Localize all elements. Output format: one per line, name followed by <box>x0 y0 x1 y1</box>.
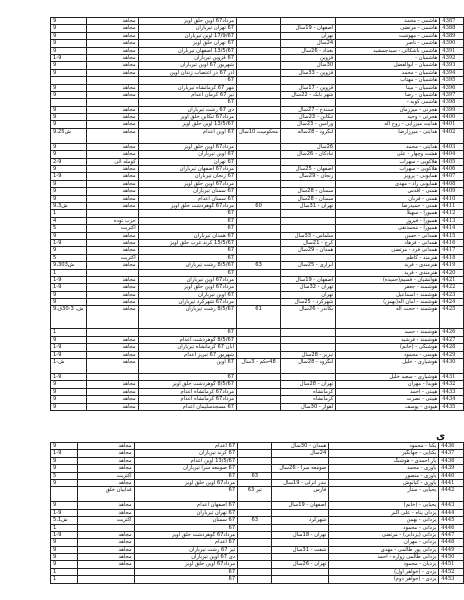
record-id: 4450 <box>439 554 464 561</box>
sentence <box>237 232 281 239</box>
sentence <box>238 524 272 531</box>
table-row: 4419هنرمندی - فریدابراری - 25سال638/5/67… <box>51 262 464 269</box>
person-name: هنرمندی - فرید <box>336 269 440 276</box>
execution-details: 67 <box>138 247 236 254</box>
birthplace-age: ابراری - 25سال <box>281 262 336 269</box>
table-row: 4394هاشمیان - محمدقزوین - 33سالآذر 67 در… <box>51 69 464 76</box>
table-row: 4444یزدان پناه - علی اکبر67 تهران تیربار… <box>51 509 464 516</box>
person-name: یزدی - (خواهر اول) <box>329 568 439 575</box>
organization: اکثریت <box>77 517 134 524</box>
code: 1 <box>51 568 78 575</box>
code: 9 <box>51 69 87 76</box>
code: 5 <box>51 225 87 232</box>
birthplace-age: تهران - 18سال <box>272 531 329 538</box>
birthplace-age: تهران - 28سال <box>281 381 336 388</box>
person-name: هجرتی - میرزمان <box>336 106 440 113</box>
sentence: محکومیت 10سال <box>237 128 281 143</box>
birthplace-age: صومعه سرا - 26سال <box>272 465 329 472</box>
birthplace-age: کرمانشاه <box>281 388 336 395</box>
execution-details: مرداد67 اوین تیرباران <box>138 276 236 283</box>
person-name: هوشمند - امان اله(بهمن) <box>336 299 440 306</box>
person-name: هوشمند - اسماعیل <box>336 291 440 298</box>
organization: مجاهد <box>86 91 138 98</box>
person-name: یزدانی طالمی زواره - احمد <box>329 554 439 561</box>
sentence <box>237 299 281 306</box>
person-name: هاشمیان - ابوالفضل <box>336 62 440 69</box>
execution-details: دی 67 رشت تیرباران <box>138 106 236 113</box>
execution-details: 67 <box>134 472 237 479</box>
organization: اکثریت <box>77 472 134 479</box>
code: 9،ش3 <box>51 202 87 209</box>
organization <box>86 374 138 381</box>
sentence: 63 <box>238 472 272 479</box>
sentence <box>237 99 281 106</box>
record-id: 4440 <box>439 472 464 479</box>
organization: مجاهد <box>77 509 134 516</box>
sentence: 61 <box>237 306 281 329</box>
code: 9 <box>51 114 87 121</box>
execution-details: 67 اوین اعدام <box>138 128 236 143</box>
code: 9 <box>51 18 87 25</box>
organization: مجاهد <box>86 239 138 246</box>
person-name: هوشمند - حجت اله <box>336 306 440 329</box>
code: 9 <box>51 47 87 54</box>
organization: مجاهد <box>86 106 138 113</box>
person-name: هاشمی - محمد <box>336 18 440 25</box>
birthplace-age <box>281 329 336 336</box>
organization <box>77 568 134 575</box>
code <box>51 99 87 106</box>
birthplace-age <box>272 524 329 531</box>
person-name: همتی - حمیدرضا <box>336 202 440 209</box>
execution-details: 67 سمنان تیرباران <box>138 188 236 195</box>
execution-details: 67 <box>134 487 237 502</box>
person-name: همیورا - محمدتقی <box>336 225 440 232</box>
birthplace-age <box>272 568 329 575</box>
person-name: هدایت میرزایی - روح اله <box>336 121 440 128</box>
organization <box>86 210 138 217</box>
table-row: 4390هاشمی - ناصر24سال67 تهران حلق آویزمج… <box>51 40 464 47</box>
table-row: 4448یزدانی - مهران67 اعداممجاهد9 <box>51 539 464 546</box>
birthplace-age: ورامین - 23سال <box>281 121 336 128</box>
person-name: هیبتی - احمد <box>336 388 440 395</box>
birthplace-age: تهران - 26سال <box>272 561 329 568</box>
record-id: 4442 <box>439 487 464 502</box>
record-id: 4451 <box>439 561 464 568</box>
execution-details: مرداد67 اوین حلق آویز <box>134 479 237 486</box>
sentence <box>238 443 272 450</box>
sentence: 60 <box>237 202 281 209</box>
organization: مجاهد <box>86 403 138 410</box>
code: 1-9 <box>51 173 87 180</box>
record-id: 4453 <box>439 576 464 583</box>
birthplace-age: تنکابن - 23سال <box>281 114 336 121</box>
code: 9،ش25 <box>51 128 87 143</box>
sentence <box>237 54 281 61</box>
execution-details: 67 سمنان <box>134 517 237 524</box>
sentence <box>237 247 281 254</box>
record-id: 4405 <box>440 158 464 165</box>
birthplace-age: شفت - 31سال <box>272 546 329 553</box>
organization: فداییان خلق <box>77 487 134 502</box>
table-row: 4389هاشمی - مهوشتتهران17/9/67 اوین تیربا… <box>51 32 464 39</box>
birthplace-age: سلماس - 33سال <box>281 232 336 239</box>
table-row: 4411همتی - حمیدرضاتهران - 31سال60مرداد67… <box>51 202 464 209</box>
code: 9 <box>51 336 87 343</box>
record-id: 4413 <box>440 217 464 224</box>
organization: مجاهد <box>86 188 138 195</box>
execution-details: 67 <box>138 225 236 232</box>
sentence <box>237 284 281 291</box>
code: 9 <box>51 381 87 388</box>
record-id: 4426 <box>440 329 464 336</box>
person-name: هوشیاری - خلیل <box>336 359 440 374</box>
birthplace-age: 24سال <box>281 40 336 47</box>
organization: مجاهد <box>86 121 138 128</box>
execution-details: دی 67 اوین تیرباران <box>134 554 237 561</box>
execution-details: 67 تهران <box>138 158 236 165</box>
code: 9 <box>51 554 78 561</box>
organization: مجاهد <box>86 388 138 395</box>
record-id: 4425 <box>440 306 464 329</box>
person-name: یزدانی پور طالمی - مهدی <box>329 546 439 553</box>
person-name: یاوری - کیانوش <box>329 479 439 486</box>
organization: مجاهد <box>77 479 134 486</box>
sentence <box>238 457 272 464</box>
organization: مجاهد <box>86 166 138 173</box>
birthplace-age: 26سال <box>281 143 336 150</box>
birthplace-age <box>272 509 329 516</box>
table-row: 4403هدایتی - محمد26سالمرداد67 اوین حلق آ… <box>51 143 464 150</box>
birthplace-age <box>281 374 336 381</box>
table-row: 4430هوشیاری - خلیللنگرود - 28سال48حکم - … <box>51 359 464 374</box>
person-name: هلاکویی - سهراب <box>336 166 440 173</box>
record-id: 4428 <box>440 344 464 351</box>
organization: مجاهد <box>86 276 138 283</box>
sentence <box>237 217 281 224</box>
sentence <box>237 210 281 217</box>
person-name: یزدیان - محمود <box>329 561 439 568</box>
person-name: هوشمند - حمید <box>336 329 440 336</box>
record-id: 4452 <box>439 568 464 575</box>
organization <box>86 329 138 336</box>
table-row: 4392هاشمیان -قزوین67 قزوین تیربارانمجاهد… <box>51 54 464 61</box>
table-row: 4416همدانی - فرهادکرج - 21سال15/5/67 کرن… <box>51 239 464 246</box>
sentence: 48حکم - 3سال <box>237 359 281 374</box>
record-id: 4437 <box>439 450 464 457</box>
person-name: هویدا - مهران <box>336 381 440 388</box>
birthplace-age <box>281 269 336 276</box>
execution-details: 67 <box>138 210 236 217</box>
code: 4 <box>51 217 87 224</box>
table-row: 4413همیورا - فیروز67حزب توده4 <box>51 217 464 224</box>
execution-details: 67 <box>138 374 236 381</box>
table-row: 4437یکتایی - جهانگیر24سال67 کرند تیربارا… <box>51 450 464 457</box>
code: 9 <box>51 40 87 47</box>
birthplace-age: تبادکان - 26سال <box>281 151 336 158</box>
code: 9 <box>51 539 78 546</box>
code: 9 <box>51 443 78 450</box>
code: 9 <box>51 106 87 113</box>
code: 9 <box>51 91 87 98</box>
code: 1-9 <box>51 276 87 283</box>
sentence <box>238 465 272 472</box>
sentence <box>238 561 272 568</box>
sentence <box>237 388 281 395</box>
execution-details: 8/5/67 گوهردشت اعدام <box>138 336 236 343</box>
sentence <box>237 69 281 76</box>
record-id: 4388 <box>440 25 464 32</box>
person-name: هاشمیان - مینا <box>336 84 440 91</box>
record-id: 4411 <box>440 202 464 209</box>
person-name: هیودی - یوسف <box>336 403 440 410</box>
person-name: هنرمند - کاظم <box>336 254 440 261</box>
person-name: یزدانی - بهمن <box>329 517 439 524</box>
organization: مجاهد <box>86 344 138 351</box>
table-row: 4412همیورا - سهیلا671 <box>51 210 464 217</box>
execution-details: 67 زنجان تیرباران <box>138 173 236 180</box>
person-name: هاشمیان - <box>336 54 440 61</box>
record-id: 4431 <box>440 374 464 381</box>
sentence <box>237 396 281 403</box>
table-row: 4436یکتا - محمودهمدان - 30سال67 اعداممجا… <box>51 443 464 450</box>
table-row: 4431هوشیاری - سعید خلیل671-9 <box>51 374 464 381</box>
code: 1-9 <box>51 531 78 538</box>
code: 9 <box>51 166 87 173</box>
execution-details: تیر 67 رشت تیرباران <box>134 546 237 553</box>
person-name: همایونی - پرویز <box>336 173 440 180</box>
record-id: 4445 <box>439 517 464 524</box>
organization: مجاهد <box>86 84 138 91</box>
birthplace-age: تهران - 31سال <box>281 202 336 209</box>
organization: مجاهد <box>86 25 138 32</box>
person-name: یزدان پناه - علی اکبر <box>329 509 439 516</box>
code: 9 <box>51 188 87 195</box>
code: 1 <box>51 210 87 217</box>
record-id: 4410 <box>440 195 464 202</box>
record-id: 4432 <box>440 381 464 388</box>
table-row: 4406هلاکویی - سهراباصفهان - 25سالمرداد67… <box>51 166 464 173</box>
organization: مجاهد <box>86 62 138 69</box>
birthplace-age <box>281 254 336 261</box>
person-name: یزدی - (خواهر دوم) <box>329 576 439 583</box>
person-name: هیبتی - نصرت <box>336 396 440 403</box>
record-id: 4424 <box>440 299 464 306</box>
execution-details: 67 <box>138 254 236 261</box>
record-id: 4395 <box>440 77 464 84</box>
sentence <box>237 166 281 173</box>
execution-details: 13/5/67 اوین اعدام <box>134 457 237 464</box>
table-row: 4449یزدانی پور طالمی - مهدیشفت - 31سالتی… <box>51 546 464 553</box>
person-name: یاوری - محمد <box>329 465 439 472</box>
table-row: 4423هوشمند - اسماعیلتهران67 اوین تیربارا… <box>51 291 464 298</box>
table-row: 4447یزدانی (یزدانی) - مرتضیتهران - 18سال… <box>51 531 464 538</box>
table-row: 4422هوشمند - جعفرتهران - 32سالمرداد67 او… <box>51 284 464 291</box>
person-name: هاشمیان - محمد <box>336 69 440 76</box>
organization <box>86 77 138 84</box>
table-row: 4397هاشمیان - رضاشهر بابک - 22سالتیر 67 … <box>51 91 464 98</box>
code: 9 <box>51 457 78 464</box>
table-row: 4410همتی - قربانسمنان - 28سال67 سمنان اع… <box>51 195 464 202</box>
sentence <box>237 40 281 47</box>
record-id: 4408 <box>440 180 464 187</box>
record-id: 4416 <box>440 239 464 246</box>
record-id: 4393 <box>440 62 464 69</box>
record-id: 4404 <box>440 151 464 158</box>
table-row: 4441یاوری - کیانوشبندر انزلی - 19سالمردا… <box>51 479 464 486</box>
record-id: 4406 <box>440 166 464 173</box>
table-row: 4445یزدانی - بهمنشهرکرد6367 سمناناکثریت5… <box>51 517 464 524</box>
execution-details: 17/9/67 اوین تیرباران <box>138 32 236 39</box>
person-name: هاشمیان - مهتاب <box>336 77 440 84</box>
code: 9 <box>51 32 87 39</box>
record-id: 4421 <box>440 276 464 283</box>
record-id: 4430 <box>440 359 464 374</box>
sentence <box>237 121 281 128</box>
table-row: 4396هاشمیان - میناقزوین - 17سالمهر 67 کر… <box>51 84 464 91</box>
execution-details: 67 <box>138 99 236 106</box>
sentence <box>237 158 281 165</box>
person-name: همتی - اقدس <box>336 188 440 195</box>
organization: مجاهد <box>86 202 138 209</box>
organization: مجاهد <box>77 539 134 546</box>
record-id: 4435 <box>440 403 464 410</box>
organization: مجاهد <box>86 232 138 239</box>
execution-details: 67 تهران تیرباران <box>134 509 237 516</box>
execution-details: 67 اوین <box>138 359 236 374</box>
record-id: 4433 <box>440 388 464 395</box>
record-id: 4448 <box>439 539 464 546</box>
birthplace-age: 30سال <box>281 62 336 69</box>
sentence <box>237 344 281 351</box>
birthplace-age: همدان - 30سال <box>272 443 329 450</box>
sentence <box>237 25 281 32</box>
person-name: هنرمندی - فرید <box>336 262 440 269</box>
sentence <box>237 329 281 336</box>
code: 9 <box>51 502 78 509</box>
table-row: 4407همایونی - پرویززنجان - 29سال67 زنجان… <box>51 173 464 180</box>
sentence <box>237 374 281 381</box>
sentence <box>237 91 281 98</box>
organization: مجاهد <box>86 54 138 61</box>
code: 9 <box>51 143 87 150</box>
execution-details: مرداد67 اوین حلق آویز <box>138 284 236 291</box>
record-id: 4429 <box>440 351 464 358</box>
table-row: 4428هوشنگی - (خانم)آبان 67 کرمانشاه تیرب… <box>51 344 464 351</box>
record-id: 4399 <box>440 106 464 113</box>
execution-details: 67 <box>134 576 237 583</box>
organization: کومله ائی <box>86 158 138 165</box>
sentence <box>237 151 281 158</box>
execution-details: 67 همدان تیرباران <box>138 232 236 239</box>
birthplace-age: فارس <box>272 487 329 502</box>
table-row: 4408همایونی راد - مهدیمرداد67 اوین حلق آ… <box>51 180 464 187</box>
execution-details: مرداد67 اوین حلق آویز <box>138 143 236 150</box>
table-row: 4399هجرتی - میرزمانسنندج - 27سالدی 67 رش… <box>51 106 464 113</box>
birthplace-age: اصفهان - 25سال <box>281 166 336 173</box>
table-row: 4438یار احمدی - هوشنگ13/5/67 اوین اعدامم… <box>51 457 464 464</box>
code: 9 <box>51 121 87 128</box>
table-row: 4414همیورا - محمدتقی67اکثریت5 <box>51 225 464 232</box>
birthplace-age: سمنان - 28سال <box>281 188 336 195</box>
execution-details: 67 <box>134 524 237 531</box>
record-id: 4402 <box>440 128 464 143</box>
table-row: 4442یحیایی - ستارفارستیر 6367فداییان خلق <box>51 487 464 502</box>
execution-details: 67 اعدام <box>134 539 237 546</box>
sentence: تیر 63 <box>238 487 272 502</box>
sentence <box>237 32 281 39</box>
birthplace-age: شهرکرد - 25سال <box>281 299 336 306</box>
organization: مجاهد <box>86 180 138 187</box>
record-id: 4443 <box>439 502 464 509</box>
person-name: هاشمی - مهوشت <box>336 32 440 39</box>
sentence <box>237 114 281 121</box>
execution-details: تیر 67 کرمان اعدام <box>138 91 236 98</box>
birthplace-age <box>281 344 336 351</box>
sentence <box>237 84 281 91</box>
table-row: 4434هیبتی - نصرتکرمانشاهمرداد67 کرمانشاه… <box>51 396 464 403</box>
organization <box>77 576 134 583</box>
sentence <box>238 576 272 583</box>
person-name: هاشمی باشکائی - سیدجمشید <box>336 47 440 54</box>
sentence <box>237 18 281 25</box>
sentence <box>238 502 272 509</box>
execution-details: 67 اوین تیرباران <box>138 291 236 298</box>
birthplace-age <box>281 180 336 187</box>
person-name: یزدانی (یزدانی) - مرتضی <box>329 531 439 538</box>
record-id: 4389 <box>440 32 464 39</box>
birthplace-age: بندر انزلی - 19سال <box>272 479 329 486</box>
table-row: 4451یزدیان - محمودتهران - 26سالمرداد67 ا… <box>51 561 464 568</box>
execution-details: 67 اعدام <box>134 443 237 450</box>
sentence <box>237 276 281 283</box>
table-row: 4427هوشمند - فرشید8/5/67 گوهردشت اعداممج… <box>51 336 464 343</box>
person-name: همایونی راد - مهدی <box>336 180 440 187</box>
table-row: 4443یحیایی - (خانم)اصفهان - 19سال67 اصفه… <box>51 502 464 509</box>
code: 1 <box>51 524 78 531</box>
record-id: 4423 <box>440 291 464 298</box>
sentence <box>237 62 281 69</box>
organization: مجاهد <box>86 396 138 403</box>
record-id: 4422 <box>440 284 464 291</box>
record-id: 4449 <box>439 546 464 553</box>
record-id: 4396 <box>440 84 464 91</box>
execution-details: 67 کرند تیرباران <box>134 450 237 457</box>
birthplace-age: بکاندر - 26سال <box>281 306 336 329</box>
record-id: 4446 <box>439 524 464 531</box>
birthplace-age: لنگرود - 28سال <box>281 359 336 374</box>
sentence <box>238 450 272 457</box>
organization: مجاهد <box>86 114 138 121</box>
code: 1-9 <box>51 344 87 351</box>
birthplace-age: اصفهان - 19سال <box>272 502 329 509</box>
sentence <box>237 351 281 358</box>
person-name: یار احمدی - هوشنگ <box>329 457 439 464</box>
table-row: 4424هوشمند - امان اله(بهمن)شهرکرد - 25سا… <box>51 299 464 306</box>
execution-details: شهریور 67 تبریز اعدام <box>138 351 236 358</box>
code: 9 <box>51 180 87 187</box>
organization: مجاهد <box>77 465 134 472</box>
person-name: هوانشیان - قسیم(حمیده) <box>336 276 440 283</box>
birthplace-age: قزوین - 33سال <box>281 69 336 76</box>
code: 2-9 <box>51 158 87 165</box>
record-id: 4391 <box>440 47 464 54</box>
birthplace-age: شهرکرد <box>272 517 329 524</box>
person-name: همدانی - فرهاد <box>336 239 440 246</box>
person-name: هدایتی - میرزارضا <box>336 128 440 143</box>
birthplace-age <box>272 576 329 583</box>
execution-details: مرداد67 شهرکرد تیرباران <box>138 299 236 306</box>
